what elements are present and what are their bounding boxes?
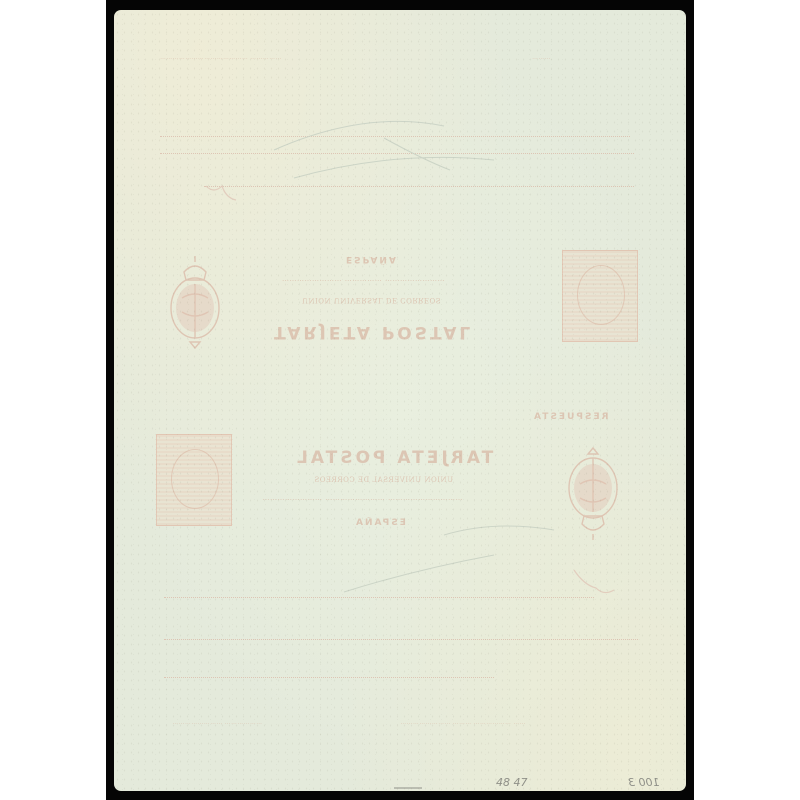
reply-header-right: ………: [532, 56, 551, 62]
reply-subtitle-2: …………………… …………… ……………………: [282, 278, 445, 286]
imprinted-stamp-sender: [156, 434, 232, 526]
address-line: [164, 597, 594, 598]
pencil-note-2: 100 3: [628, 776, 660, 789]
sender-footer-left: ……………… ……………………: [172, 720, 262, 726]
pencil-note-1: 48 47: [496, 776, 528, 789]
paper-scratches: [114, 10, 686, 791]
address-line: [164, 677, 494, 678]
sender-subtitle-1: UNION UNIVERSAL DE CORREOS: [314, 476, 453, 484]
address-line: [204, 186, 634, 187]
reply-subtitle-1: UNION UNIVERSAL DE CORREOS: [302, 296, 441, 304]
sender-footer-right: …… ……………… ……… ……………………: [400, 720, 526, 726]
address-line: [160, 153, 634, 154]
reply-header-left: …………………………………… ……………: [160, 56, 282, 62]
imprinted-stamp-reply: [562, 250, 638, 342]
reply-country: ESPAÑA: [346, 254, 398, 264]
sender-country: ESPAÑA: [354, 518, 406, 528]
coat-of-arms-icon: [562, 446, 624, 542]
address-line: [164, 639, 638, 640]
sender-subtitle-2: ………………………… …………………… ……………………: [262, 494, 462, 502]
coat-of-arms-icon: [164, 254, 226, 350]
postal-card: …………………………………… …………… ……… ESPAÑA ………………………: [114, 10, 686, 791]
sender-title: TARJETA POSTAL: [294, 448, 493, 468]
respuesta-label: RESPUESTA: [532, 412, 609, 422]
address-line: [160, 136, 630, 137]
reply-title: TARJETA POSTAL: [274, 322, 473, 342]
